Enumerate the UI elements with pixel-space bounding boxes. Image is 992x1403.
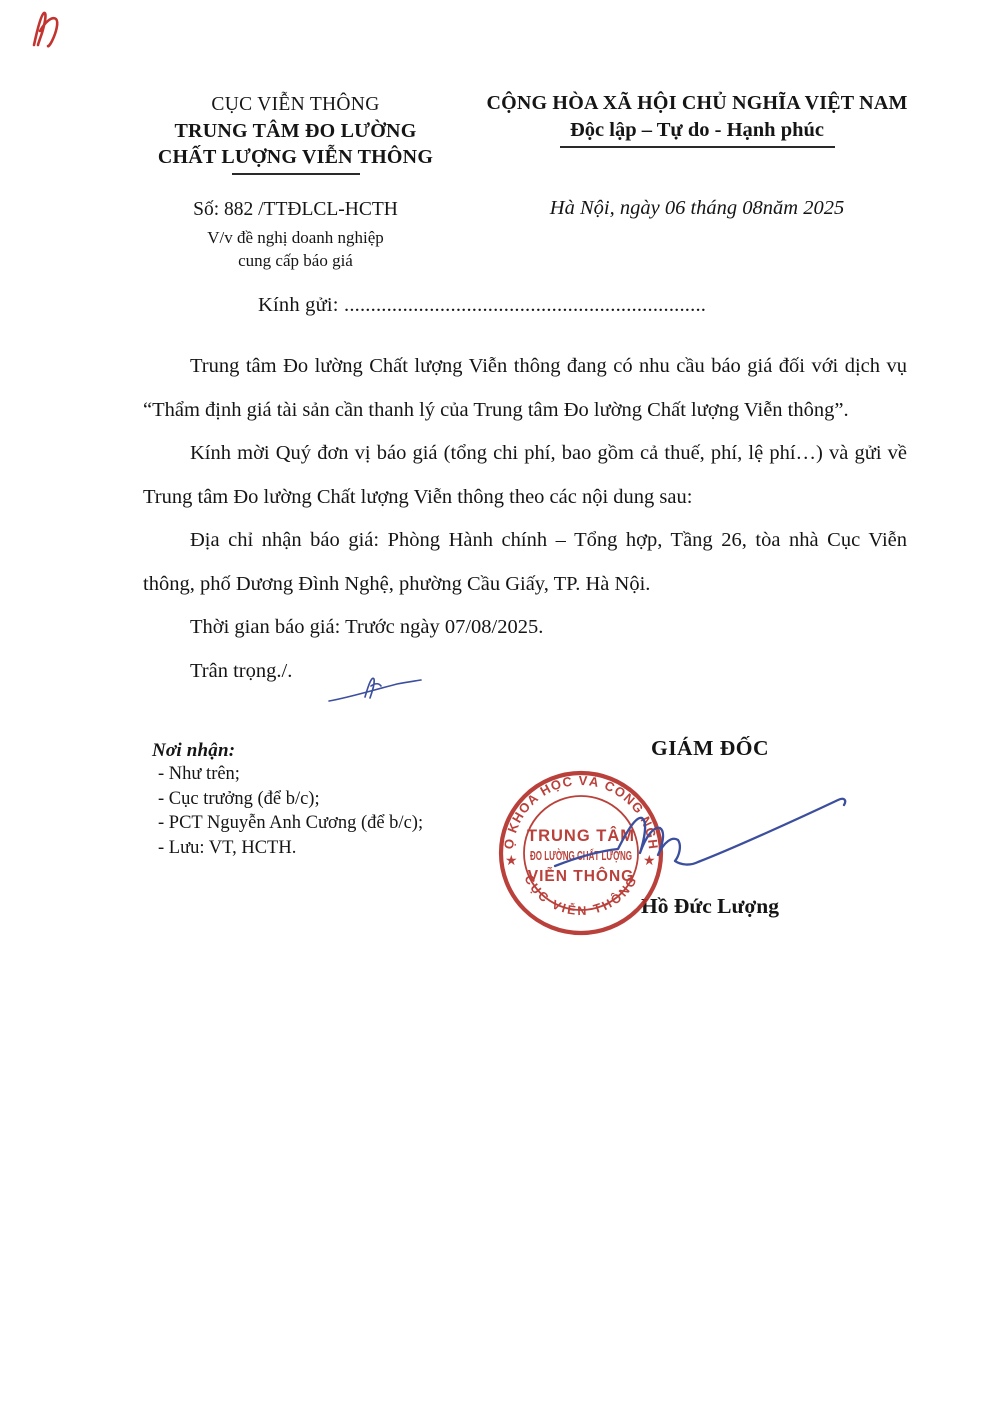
signature-stroke bbox=[540, 778, 855, 878]
paragraph-address: Địa chỉ nhận báo giá: Phòng Hành chính –… bbox=[143, 519, 907, 606]
place-date-line: Hà Nội, ngày 06 tháng 08năm 2025 bbox=[458, 195, 936, 222]
national-title: CỘNG HÒA XÃ HỘI CHỦ NGHĨA VIỆT NAM bbox=[458, 90, 936, 117]
letter-body: Trung tâm Đo lường Chất lượng Viễn thông… bbox=[143, 345, 907, 693]
paragraph-request: Trung tâm Đo lường Chất lượng Viễn thông… bbox=[143, 345, 907, 432]
issuer-name-line2: CHẤT LƯỢNG VIỄN THÔNG bbox=[148, 144, 443, 170]
paragraph-invite: Kính mời Quý đơn vị báo giá (tổng chi ph… bbox=[143, 432, 907, 519]
closing-line: Trân trọng./. bbox=[143, 650, 907, 694]
recipient-item: - PCT Nguyễn Anh Cương (để b/c); bbox=[152, 811, 423, 836]
paragraph-deadline: Thời gian báo giá: Trước ngày 07/08/2025… bbox=[143, 606, 907, 650]
red-corner-mark bbox=[26, 5, 70, 51]
pen-initial-mark bbox=[325, 673, 425, 707]
recipients-block: Nơi nhận: - Như trên; - Cục trưởng (để b… bbox=[152, 740, 423, 860]
issuer-underline bbox=[232, 173, 360, 175]
recipient-item: - Cục trưởng (để b/c); bbox=[152, 787, 423, 812]
national-motto-block: CỘNG HÒA XÃ HỘI CHỦ NGHĨA VIỆT NAM Độc l… bbox=[458, 90, 936, 222]
recipient-item: - Như trên; bbox=[152, 762, 423, 787]
signer-title: GIÁM ĐỐC bbox=[540, 736, 880, 761]
motto-underline bbox=[560, 146, 835, 148]
national-motto: Độc lập – Tự do - Hạnh phúc bbox=[458, 117, 936, 144]
signature-block: GIÁM ĐỐC Hồ Đức Lượng bbox=[540, 736, 880, 761]
recipient-item: - Lưu: VT, HCTH. bbox=[152, 836, 423, 861]
issuer-block: CỤC VIỄN THÔNG TRUNG TÂM ĐO LƯỜNG CHẤT L… bbox=[148, 92, 443, 272]
issuer-name-line1: TRUNG TÂM ĐO LƯỜNG bbox=[148, 118, 443, 144]
recipients-title: Nơi nhận: bbox=[152, 740, 423, 762]
subject-line1: V/v đề nghị doanh nghiệp bbox=[148, 226, 443, 249]
subject-line2: cung cấp báo giá bbox=[148, 249, 443, 272]
document-number: Số: 882 /TTĐLCL-HCTH bbox=[148, 197, 443, 223]
document-page: CỤC VIỄN THÔNG TRUNG TÂM ĐO LƯỜNG CHẤT L… bbox=[0, 0, 992, 1403]
issuer-parent-agency: CỤC VIỄN THÔNG bbox=[148, 92, 443, 118]
stamp-star-left-icon: ★ bbox=[505, 854, 518, 869]
salutation-line: Kính gửi: ..............................… bbox=[258, 294, 706, 317]
